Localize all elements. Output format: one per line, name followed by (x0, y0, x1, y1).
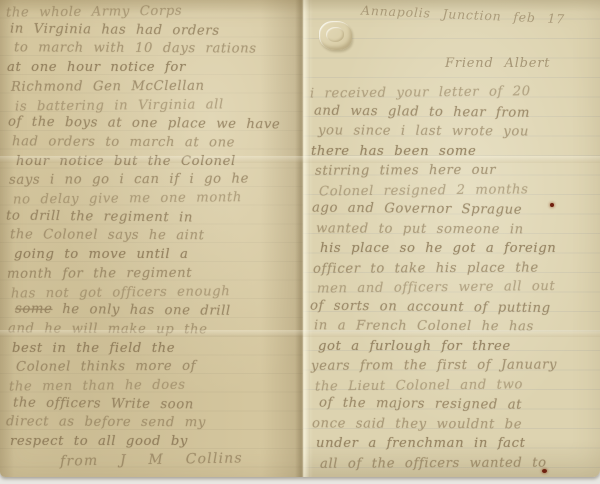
signature: from J M Collins (60, 450, 243, 469)
ink-blot (550, 203, 554, 207)
letter-line: the Colonel says he aint (10, 227, 300, 247)
letter-line: no delay give me one month (13, 189, 300, 211)
letter-line: some he only has one drill (15, 301, 300, 323)
salutation: Friend Albert (445, 56, 550, 71)
letter-line: under a frenchman in fact (316, 434, 598, 454)
letter-line: all of the officers wanted to (320, 453, 598, 474)
page-fold-seam (295, 0, 310, 477)
letter-line: stirring times here our (315, 160, 598, 181)
letter-line: Richmond Gen McClellan (11, 77, 300, 97)
letter-line: to march with 10 days rations (14, 40, 300, 60)
letter-line: his place so he got a foreign (320, 239, 598, 259)
fold-crease (0, 156, 600, 163)
letter-line: and was glad to hear from (314, 101, 598, 123)
letter-line: got a furlough for three (318, 337, 598, 357)
letter-line: you since i last wrote you (318, 121, 598, 142)
letter-page-right: Annapolis Junction feb 17 Friend Albert … (303, 0, 600, 477)
embossed-stamp-icon (319, 21, 352, 50)
letter-line: of sorts on account of putting (310, 296, 598, 319)
letter-line: of the majors resigned at (319, 394, 598, 416)
ink-blot (542, 469, 547, 473)
letter-line: best in the field the (12, 340, 300, 359)
letter-line: at one hour notice for (7, 59, 300, 78)
letter-line: Colonel thinks more of (16, 358, 300, 378)
letter-line: direct as before send my (6, 414, 300, 434)
letter-line: month for the regiment (7, 264, 300, 284)
letter-paper: the whole Army Corpsin Virginia has had … (0, 0, 600, 477)
left-page-text: the whole Army Corpsin Virginia has had … (6, 3, 300, 452)
letter-line: says i no go i can if i go he (9, 171, 300, 191)
letter-line: wanted to put someone in (316, 219, 598, 240)
letter-line: once said they wouldnt be (312, 414, 598, 435)
letter-line: had orders to march at one (12, 133, 300, 153)
letter-line: men and officers were all out (317, 277, 598, 299)
letter-line: i received your letter of 20 (310, 81, 598, 104)
letter-line: respect to all good by (10, 433, 300, 452)
fold-crease (0, 330, 600, 337)
letter-scan: the whole Army Corpsin Virginia has had … (0, 0, 600, 484)
dateline: Annapolis Junction feb 17 (361, 3, 566, 27)
letter-page-left: the whole Army Corpsin Virginia has had … (0, 0, 303, 477)
letter-line: going to move until a (14, 246, 300, 265)
letter-line: ago and Governor Sprague (312, 199, 598, 221)
right-page-text: i received your letter of 20and was glad… (310, 83, 598, 473)
letter-line: years from the first of January (311, 355, 598, 376)
letter-line: of the boys at one place we have (8, 114, 300, 136)
letter-line: officer to take his place the (313, 258, 598, 279)
